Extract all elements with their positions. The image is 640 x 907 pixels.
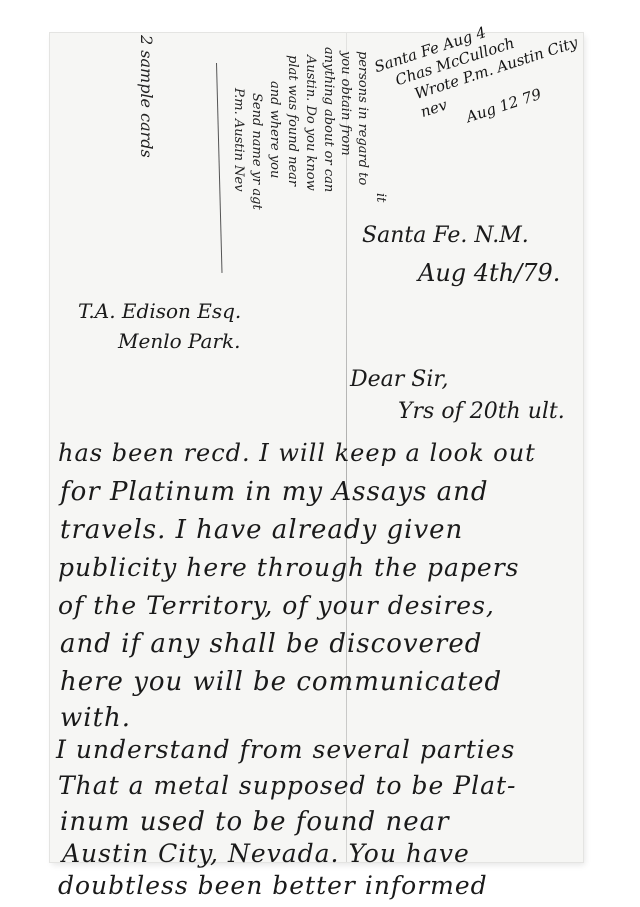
margin-note-line: you obtain from (338, 51, 353, 156)
body-line: inum used to be found near (60, 807, 450, 837)
body-line: and if any shall be discovered (60, 629, 482, 659)
margin-note-line: and where you (267, 81, 282, 178)
addressee-name: T.A. Edison Esq. (78, 299, 241, 323)
margin-note-line: Austin. Do you know (303, 55, 318, 191)
body-line: has been recd. I will keep a look out (58, 439, 536, 467)
margin-note-line: Send name yr agt (249, 93, 264, 210)
body-line: here you will be communicated (60, 667, 502, 697)
body-line: publicity here through the papers (58, 553, 519, 582)
body-line: Yrs of 20th ult. (398, 399, 565, 424)
margin-note-sample-cards: 2 sample cards (137, 35, 156, 158)
body-line: I understand from several parties (56, 735, 515, 764)
letter-date: Aug 4th/79. (418, 259, 560, 287)
body-line: doubtless been better informed (58, 871, 488, 900)
body-line: travels. I have already given (60, 515, 463, 545)
body-line: Austin City, Nevada. You have (62, 839, 470, 868)
margin-note-line: anything about or can (321, 47, 336, 192)
salutation: Dear Sir, (350, 367, 448, 392)
body-line: for Platinum in my Assays and (60, 477, 489, 507)
letter-page: 2 sample cards P.m. Austin Nev Send name… (50, 33, 583, 862)
margin-note-line: persons in regard to (355, 51, 370, 185)
margin-note-line: P.m. Austin Nev (231, 88, 246, 192)
addressee-location: Menlo Park. (118, 329, 241, 353)
body-line: That a metal supposed to be Plat- (58, 771, 517, 800)
body-line: of the Territory, of your desires, (58, 591, 495, 620)
body-line: with. (60, 703, 131, 733)
docket-note: Santa Fe Aug 4 Chas McCulloch Wrote P.m.… (372, 0, 602, 149)
letter-place: Santa Fe. N.M. (362, 223, 529, 248)
margin-note-line: plat was found near (285, 55, 300, 186)
margin-note-line: it (373, 193, 388, 202)
margin-divider-line (216, 63, 222, 273)
